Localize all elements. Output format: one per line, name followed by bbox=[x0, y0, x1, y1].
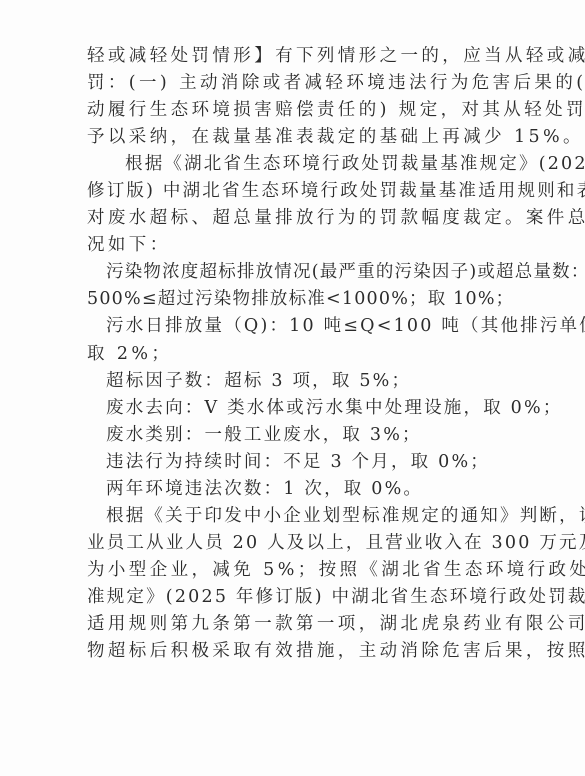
list-item-first-line: 污水日排放量（Q)：10 吨≤Q<100 吨（其他排污单位)， bbox=[87, 313, 507, 340]
list-item: 超标因子数：超标 3 项，取 5%； bbox=[87, 368, 507, 395]
list-item: 违法行为持续时间：不足 3 个月，取 0%； bbox=[87, 449, 507, 476]
paragraph-first-line: 根据《湖北省生态环境行政处罚裁量基准规定》(2025 年 bbox=[87, 151, 507, 178]
text-line: 500%≤超过污染物排放标准<1000%；取 10%； bbox=[87, 286, 507, 313]
list-item: 两年环境违法次数：1 次，取 0%。 bbox=[87, 476, 507, 503]
list-item-first-line: 污染物浓度超标排放情况(最严重的污染因子)或超总量数： bbox=[87, 259, 507, 286]
paragraph-first-line: 根据《关于印发中小企业划型标准规定的通知》判断，该企 bbox=[87, 503, 507, 530]
document-body: 轻或减轻处罚情形】有下列情形之一的，应当从轻或减轻行政处 罚：(一) 主动消除或… bbox=[87, 43, 507, 665]
text-line: 物超标后积极采取有效措施，主动消除危害后果，按照规定应当 bbox=[87, 638, 507, 665]
text-line: 准规定》(2025 年修订版) 中湖北省生态环境行政处罚裁量基准 bbox=[87, 584, 507, 611]
list-item: 废水类别：一般工业废水，取 3%； bbox=[87, 422, 507, 449]
text-line: 况如下： bbox=[87, 232, 507, 259]
text-line: 为小型企业，减免 5%；按照《湖北省生态环境行政处罚裁量基 bbox=[87, 557, 507, 584]
text-line: 对废水超标、超总量排放行为的罚款幅度裁定。案件总百分值情 bbox=[87, 205, 507, 232]
text-line: 轻或减轻处罚情形】有下列情形之一的，应当从轻或减轻行政处 bbox=[87, 43, 507, 70]
list-item: 废水去向：V 类水体或污水集中处理设施，取 0%； bbox=[87, 395, 507, 422]
text-line: 动履行生态环境损害赔偿责任的) 规定，对其从轻处罚的申请 bbox=[87, 97, 507, 124]
text-line: 适用规则第九条第一款第一项，湖北虎泉药业有限公司在水污染 bbox=[87, 611, 507, 638]
text-line: 业员工从业人员 20 人及以上，且营业收入在 300 万元及以上， bbox=[87, 530, 507, 557]
text-line: 予以采纳，在裁量基准表裁定的基础上再减少 15%。 bbox=[87, 124, 507, 151]
text-line: 修订版) 中湖北省生态环境行政处罚裁量基准适用规则和表 21 bbox=[87, 178, 507, 205]
text-line: 罚：(一) 主动消除或者减轻环境违法行为危害后果的(包含主 bbox=[87, 70, 507, 97]
text-line: 取 2%； bbox=[87, 341, 507, 368]
document-page: 轻或减轻处罚情形】有下列情形之一的，应当从轻或减轻行政处 罚：(一) 主动消除或… bbox=[0, 0, 585, 776]
